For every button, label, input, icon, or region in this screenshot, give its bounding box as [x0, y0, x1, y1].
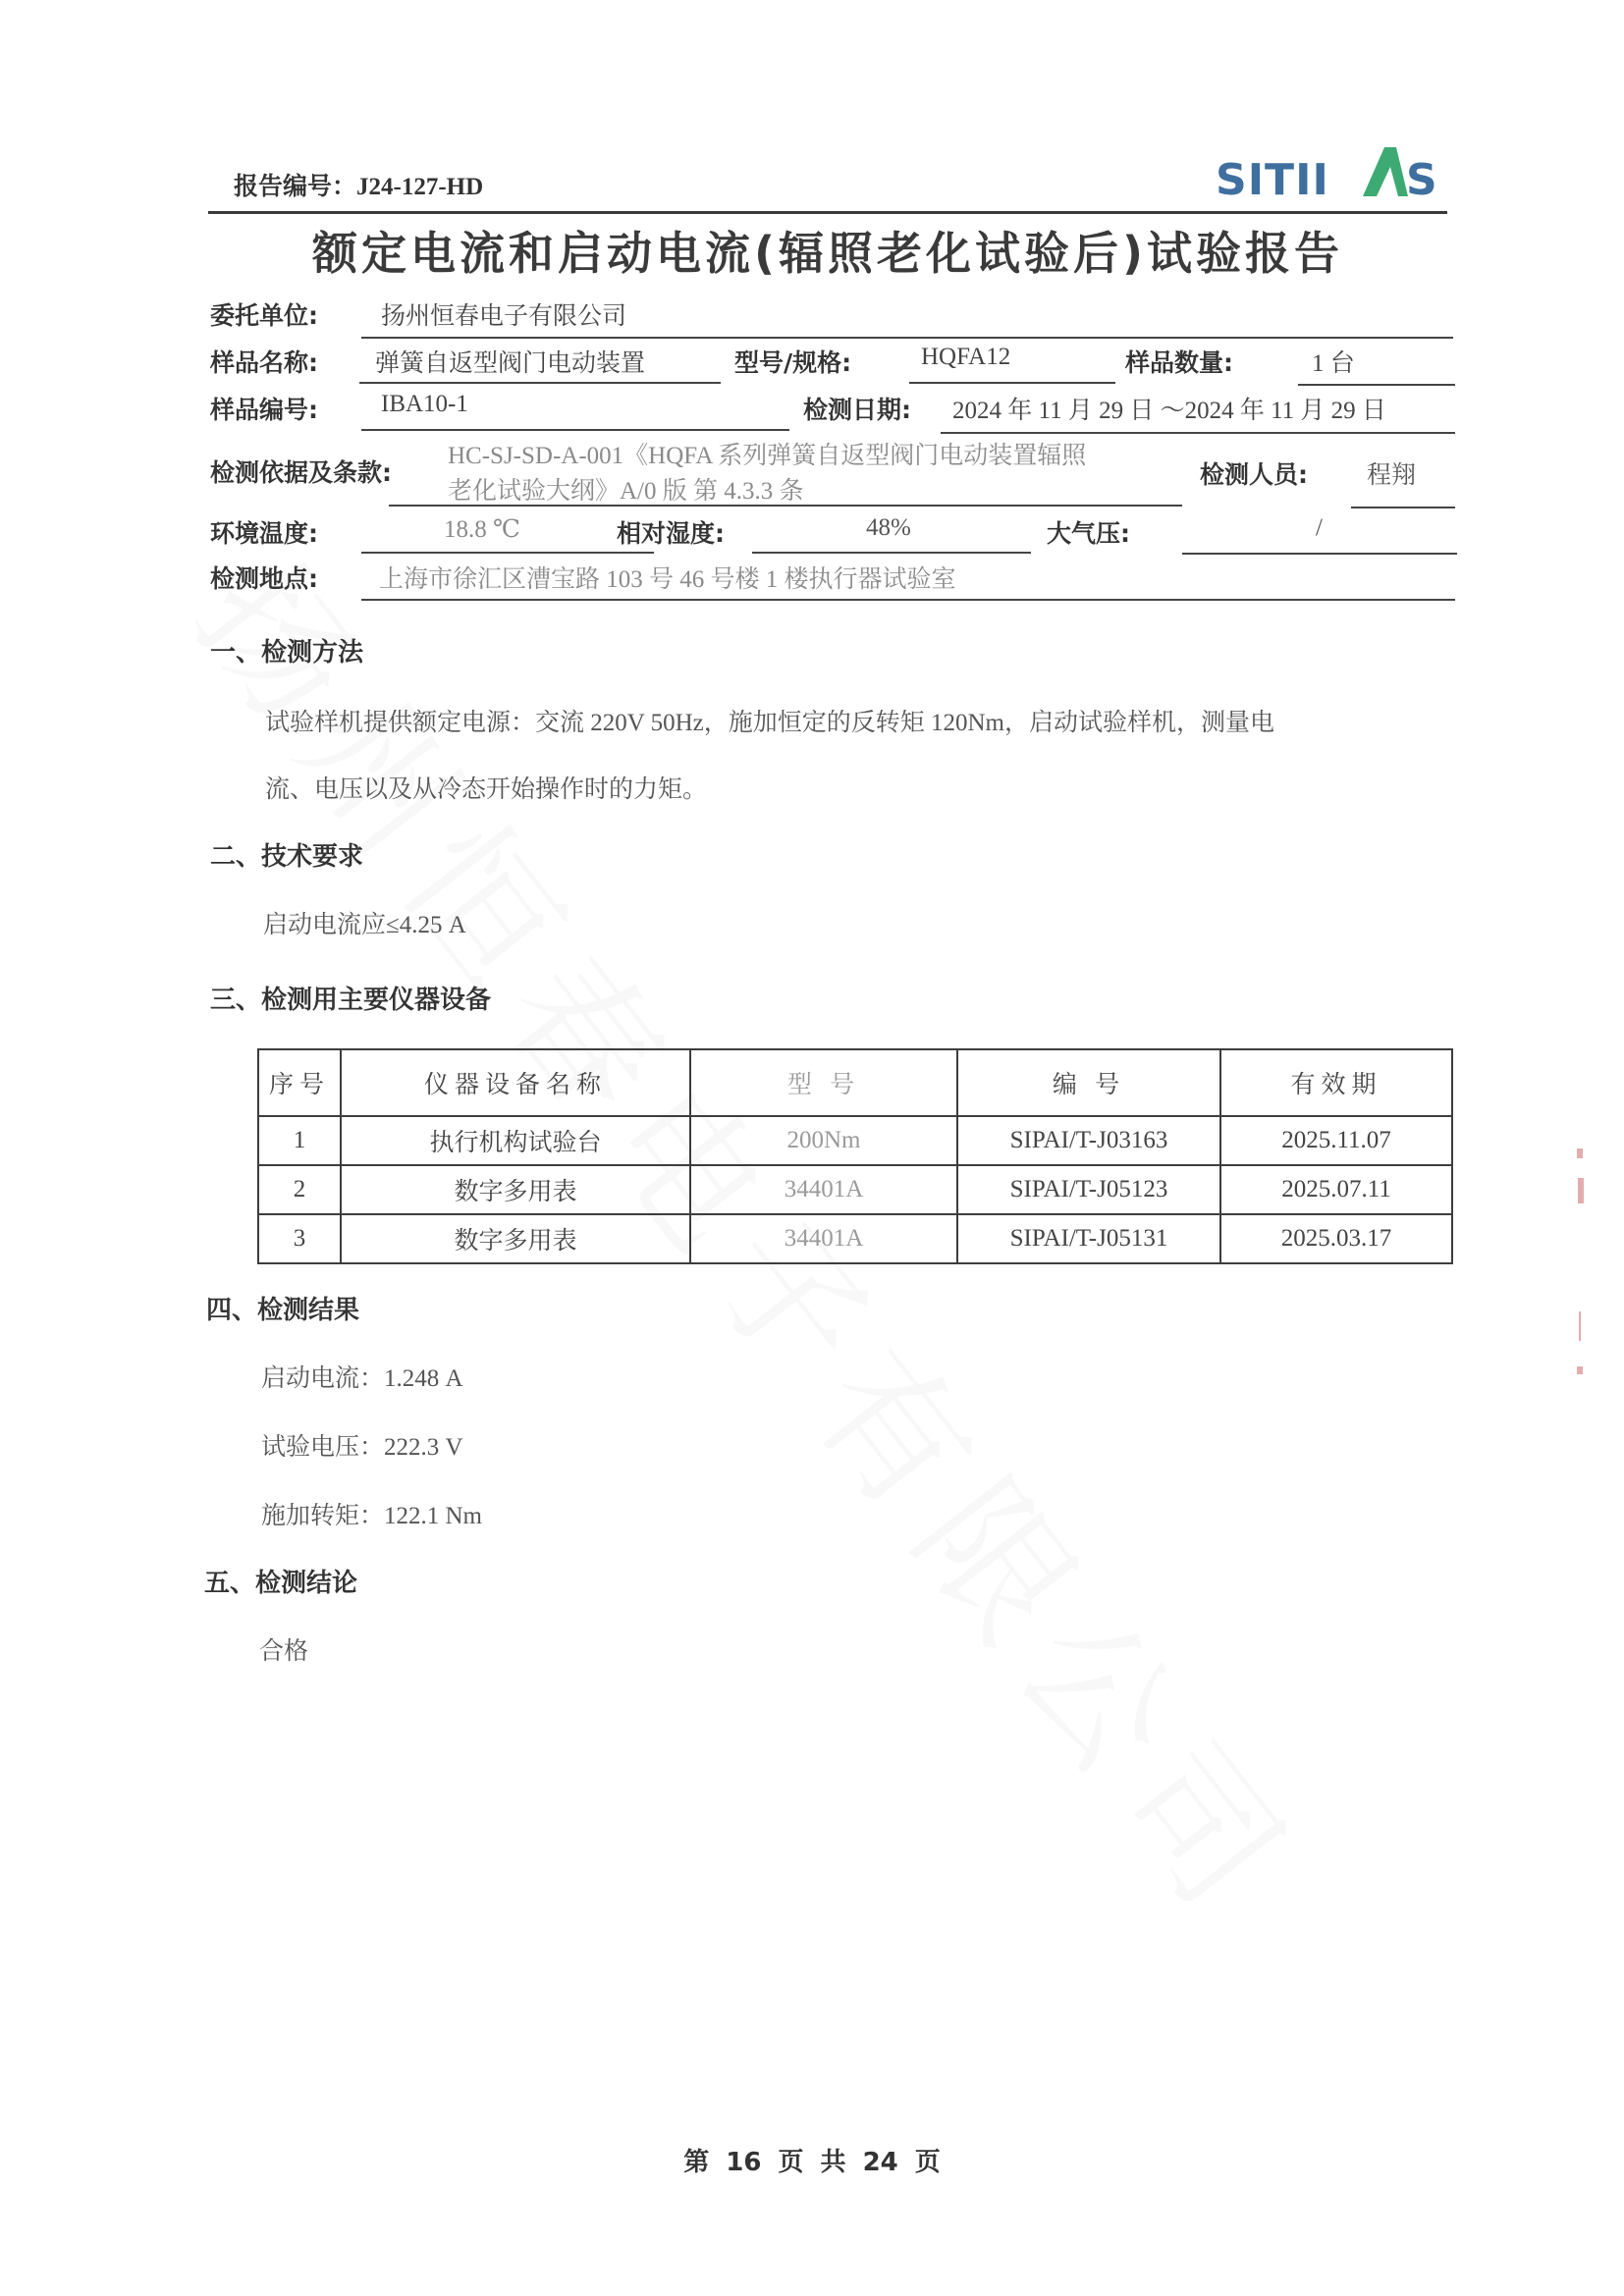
cell-model: 34401A [690, 1214, 957, 1263]
basis-line1: HC-SJ-SD-A-001《HQFA 系列弹簧自返型阀门电动装置辐照 [448, 436, 1086, 471]
quantity-value: 1 台 [1312, 344, 1355, 379]
report-number-value: J24-127-HD [356, 174, 483, 200]
requirement-text: 启动电流应≤4.25 A [263, 905, 466, 940]
quantity-label: 样品数量: [1125, 344, 1233, 379]
sample-name-label: 样品名称: [210, 344, 318, 379]
cell-no: 3 [258, 1214, 341, 1263]
model-underline [909, 382, 1115, 384]
cell-valid: 2025.11.07 [1220, 1116, 1452, 1165]
tester-value: 程翔 [1367, 455, 1416, 491]
temperature-label: 环境温度: [210, 514, 318, 550]
column-header-name: 仪器设备名称 [341, 1049, 690, 1116]
seal-edge-mark [1577, 1366, 1583, 1374]
conclusion-text: 合格 [259, 1631, 308, 1667]
sample-no-label: 样品编号: [210, 391, 318, 426]
page-number: 第 16 页 共 24 页 [0, 2142, 1624, 2178]
temperature-underline [361, 552, 654, 554]
table-header-row: 序号 仪器设备名称 型 号 编 号 有效期 [258, 1049, 1452, 1116]
sample-name-value: 弹簧自返型阀门电动装置 [375, 344, 645, 379]
section-conclusion-heading: 五、检测结论 [204, 1563, 357, 1599]
cell-no: 2 [258, 1165, 341, 1214]
cell-name: 执行机构试验台 [341, 1116, 690, 1165]
cell-model: 34401A [690, 1165, 957, 1214]
result-test-voltage: 试验电压：222.3 V [261, 1427, 463, 1463]
pressure-value: / [1316, 514, 1323, 542]
tester-label: 检测人员: [1200, 455, 1308, 491]
table-row: 1 执行机构试验台 200Nm SIPAI/T-J03163 2025.11.0… [258, 1116, 1452, 1165]
cell-name: 数字多用表 [341, 1214, 690, 1263]
basis-underline [389, 505, 1182, 507]
seal-edge-mark [1579, 1311, 1581, 1341]
sample-no-underline [361, 429, 789, 431]
column-header-no: 序号 [258, 1049, 341, 1116]
section-requirement-heading: 二、技术要求 [210, 836, 363, 873]
cell-id: SIPAI/T-J05123 [957, 1165, 1220, 1214]
table-row: 2 数字多用表 34401A SIPAI/T-J05123 2025.07.11 [258, 1165, 1452, 1214]
location-value: 上海市徐汇区漕宝路 103 号 46 号楼 1 楼执行器试验室 [379, 560, 956, 595]
pressure-label: 大气压: [1047, 514, 1130, 550]
test-date-label: 检测日期: [803, 391, 911, 426]
column-header-id: 编 号 [957, 1049, 1220, 1116]
sample-name-underline [359, 382, 721, 384]
report-number: 报告编号：J24-127-HD [234, 167, 483, 202]
report-number-label: 报告编号： [234, 172, 356, 200]
section-method-heading: 一、检测方法 [210, 632, 363, 668]
cell-model: 200Nm [690, 1116, 957, 1165]
cell-name: 数字多用表 [341, 1165, 690, 1214]
temperature-value: 18.8 ℃ [444, 514, 520, 544]
result-applied-torque: 施加转矩：122.1 Nm [261, 1496, 482, 1531]
section-results-heading: 四、检测结果 [206, 1290, 359, 1326]
method-text-line2: 流、电压以及从冷态开始操作时的力矩。 [265, 770, 707, 805]
sample-no-value: IBA10-1 [381, 391, 468, 418]
test-date-value: 2024 年 11 月 29 日 ～2024 年 11 月 29 日 [952, 391, 1386, 426]
basis-line2: 老化试验大纲》A/0 版 第 4.3.3 条 [448, 471, 804, 507]
header-rule [208, 211, 1447, 214]
location-label: 检测地点: [210, 560, 318, 595]
cell-id: SIPAI/T-J03163 [957, 1116, 1220, 1165]
model-value: HQFA12 [921, 344, 1010, 371]
cell-valid: 2025.03.17 [1220, 1214, 1452, 1263]
quantity-underline [1298, 384, 1455, 386]
seal-edge-mark [1578, 1178, 1584, 1203]
svg-text:S: S [1406, 155, 1437, 202]
humidity-label: 相对湿度: [617, 514, 725, 550]
test-date-underline [941, 432, 1455, 434]
client-label: 委托单位: [210, 296, 318, 332]
page-title: 额定电流和启动电流(辐照老化试验后)试验报告 [208, 218, 1447, 283]
logo-icon: SITII S [1216, 145, 1443, 202]
cell-id: SIPAI/T-J05131 [957, 1214, 1220, 1263]
basis-label: 检测依据及条款: [210, 454, 392, 489]
result-start-current: 启动电流：1.248 A [261, 1359, 463, 1394]
model-label: 型号/规格: [734, 344, 851, 379]
tester-underline [1351, 507, 1455, 508]
sitiias-logo: SITII S [1216, 145, 1443, 202]
client-underline [361, 337, 1453, 339]
location-underline [361, 599, 1455, 601]
svg-text:SITII: SITII [1216, 155, 1329, 202]
humidity-value: 48% [866, 514, 911, 542]
humidity-underline [752, 552, 1031, 554]
seal-edge-mark [1577, 1148, 1583, 1158]
equipment-table: 序号 仪器设备名称 型 号 编 号 有效期 1 执行机构试验台 200Nm SI… [257, 1048, 1453, 1264]
client-value: 扬州恒春电子有限公司 [381, 296, 626, 332]
cell-valid: 2025.07.11 [1220, 1165, 1452, 1214]
cell-no: 1 [258, 1116, 341, 1165]
table-row: 3 数字多用表 34401A SIPAI/T-J05131 2025.03.17 [258, 1214, 1452, 1263]
pressure-underline [1182, 553, 1457, 555]
section-equipment-heading: 三、检测用主要仪器设备 [210, 980, 491, 1016]
column-header-valid: 有效期 [1220, 1049, 1452, 1116]
method-text-line1: 试验样机提供额定电源：交流 220V 50Hz，施加恒定的反转矩 120Nm，启… [265, 703, 1274, 738]
column-header-model: 型 号 [690, 1049, 957, 1116]
